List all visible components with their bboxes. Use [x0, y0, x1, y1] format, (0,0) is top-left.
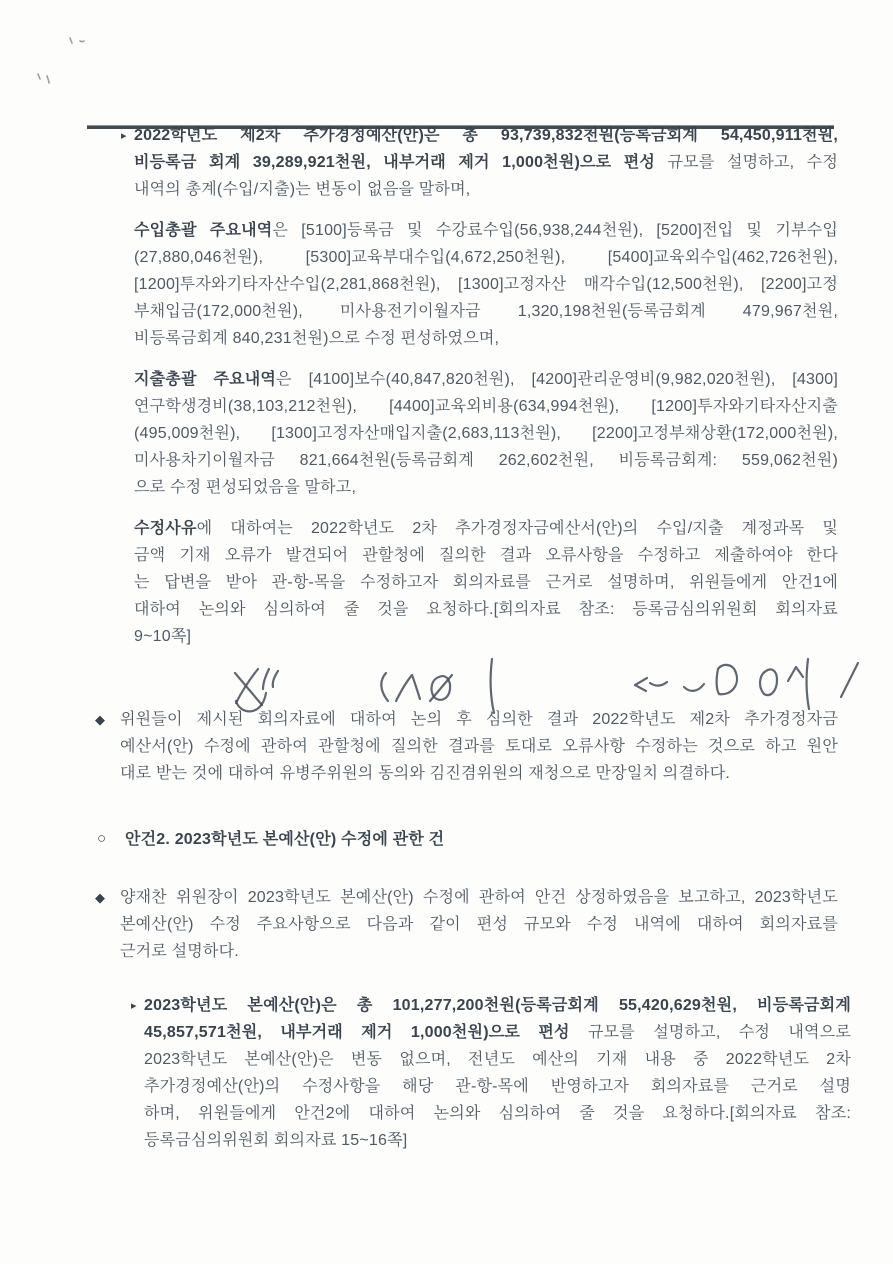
- text-line: 으로 수정 편성되었음을 말하고,: [134, 474, 838, 501]
- handwritten-signature-scribbles: [188, 645, 893, 720]
- text-line: 양재찬 위원장이 2023학년도 본예산(안) 수정에 관하여 안건 상정하였음…: [120, 884, 838, 911]
- revision-reason-paragraph: 수정사유에 대하여는 2022학년도 2차 추가경정자금예산서(안)의 수입/지…: [134, 515, 838, 650]
- text-line: 2023학년도 본예산(안)은 변동 없으며, 전년도 예산의 기재 내용 중 …: [144, 1046, 851, 1073]
- diamond-bullet-icon: ◆: [95, 884, 105, 911]
- text-line: 등록금심의위원회 회의자료 15~16쪽]: [144, 1127, 851, 1154]
- paragraph-text: 수입총괄 주요내역은 [5100]등록금 및 수강료수입(56,938,244천…: [134, 217, 838, 352]
- text-line: 내역의 총계(수입/지출)는 변동이 없음을 말하며,: [134, 176, 838, 203]
- text-line: 하며, 위원들에게 안건2에 대하여 논의와 심의하여 줄 것을 요청하다.[회…: [144, 1100, 851, 1127]
- text-line: 비등록금회계 840,231천원)으로 수정 편성하였으며,: [134, 325, 838, 352]
- text-line: 수정사유에 대하여는 2022학년도 2차 추가경정자금예산서(안)의 수입/지…: [134, 515, 838, 542]
- text-line: (27,880,046천원), [5300]교육부대수입(4,672,250천원…: [134, 244, 838, 271]
- paragraph-text: 수정사유에 대하여는 2022학년도 2차 추가경정자금예산서(안)의 수입/지…: [134, 515, 838, 650]
- paragraph-text: 지출총괄 주요내역은 [4100]보수(40,847,820천원), [4200…: [134, 366, 838, 501]
- scanned-document-page: ▸2022학년도 제2차 추가경정예산(안)은 총 93,739,832천원(등…: [0, 0, 893, 1264]
- paragraph-text: 2023학년도 본예산(안)은 총 101,277,200천원(등록금회계 55…: [144, 992, 851, 1154]
- diamond-bullet-icon: ◆: [95, 706, 105, 733]
- paragraph-text: 양재찬 위원장이 2023학년도 본예산(안) 수정에 관하여 안건 상정하였음…: [120, 884, 838, 965]
- paragraph-text: 안건2. 2023학년도 본예산(안) 수정에 관한 건: [125, 826, 825, 853]
- arrow-bullet-icon: ▸: [121, 123, 127, 150]
- circle-bullet-icon: ○: [97, 825, 106, 852]
- text-line: 45,857,571천원, 내부거래 제거 1,000천원)으로 편성 규모를 …: [144, 1019, 851, 1046]
- text-line: 본예산(안) 수정 주요사항으로 다음과 같이 편성 규모와 수정 내역에 대하…: [120, 911, 838, 938]
- text-line: 비등록금 회계 39,289,921천원, 내부거래 제거 1,000천원)으로…: [134, 149, 838, 176]
- text-line: 대하여 논의와 심의하여 줄 것을 요청하다.[회의자료 참조: 등록금심의위원…: [134, 596, 838, 623]
- text-line: [1200]투자와기타자산수입(2,281,868천원), [1300]고정자산…: [134, 271, 838, 298]
- agenda2-heading: ○안건2. 2023학년도 본예산(안) 수정에 관한 건: [97, 826, 837, 853]
- text-line: 추가경정예산(안)의 수정사항을 해당 관-항-목에 반영하고자 회의자료를 근…: [144, 1073, 851, 1100]
- text-line: 2023학년도 본예산(안)은 총 101,277,200천원(등록금회계 55…: [144, 992, 851, 1019]
- text-line: 미사용차기이월자금 821,664천원(등록금회계 262,602천원, 비등록…: [134, 447, 838, 474]
- budget-2023-scale-paragraph: ▸2023학년도 본예산(안)은 총 101,277,200천원(등록금회계 5…: [131, 992, 851, 1154]
- text-line: 금액 기재 오류가 발견되어 관할청에 질의한 결과 오류사항을 수정하고 제출…: [134, 542, 838, 569]
- text-line: 는 답변을 받아 관-항-목을 수정하고자 회의자료를 근거로 설명하며, 위원…: [134, 569, 838, 596]
- text-line: 부채입금(172,000천원), 미사용전기이월자금 1,320,198천원(등…: [134, 298, 838, 325]
- agenda2-report-paragraph: ◆양재찬 위원장이 2023학년도 본예산(안) 수정에 관하여 안건 상정하였…: [95, 884, 838, 965]
- arrow-bullet-icon: ▸: [131, 993, 137, 1020]
- budget-2022-scale-paragraph: ▸2022학년도 제2차 추가경정예산(안)은 총 93,739,832천원(등…: [121, 122, 838, 203]
- paragraph-text: 2022학년도 제2차 추가경정예산(안)은 총 93,739,832천원(등록…: [134, 122, 838, 203]
- expenditure-summary-paragraph: 지출총괄 주요내역은 [4100]보수(40,847,820천원), [4200…: [134, 366, 838, 501]
- document-content: ▸2022학년도 제2차 추가경정예산(안)은 총 93,739,832천원(등…: [0, 122, 893, 1154]
- text-line: 안건2. 2023학년도 본예산(안) 수정에 관한 건: [125, 826, 825, 853]
- text-line: (495,009천원), [1300]고정자산매입지출(2,683,113천원)…: [134, 420, 838, 447]
- stray-pen-marks: [25, 30, 95, 90]
- text-line: 수입총괄 주요내역은 [5100]등록금 및 수강료수입(56,938,244천…: [134, 217, 838, 244]
- text-line: 연구학생경비(38,103,212천원), [4400]교육외비용(634,99…: [134, 393, 838, 420]
- text-line: 대로 받는 것에 대하여 유병주위원의 동의와 김진겸위원의 재청으로 만장일치…: [120, 760, 838, 787]
- text-line: 근거로 설명하다.: [120, 938, 838, 965]
- revenue-summary-paragraph: 수입총괄 주요내역은 [5100]등록금 및 수강료수입(56,938,244천…: [134, 217, 838, 352]
- text-line: 예산서(안) 수정에 관하여 관할청에 질의한 결과를 토대로 오류사항 수정하…: [120, 733, 838, 760]
- text-line: 2022학년도 제2차 추가경정예산(안)은 총 93,739,832천원(등록…: [134, 122, 838, 149]
- text-line: 지출총괄 주요내역은 [4100]보수(40,847,820천원), [4200…: [134, 366, 838, 393]
